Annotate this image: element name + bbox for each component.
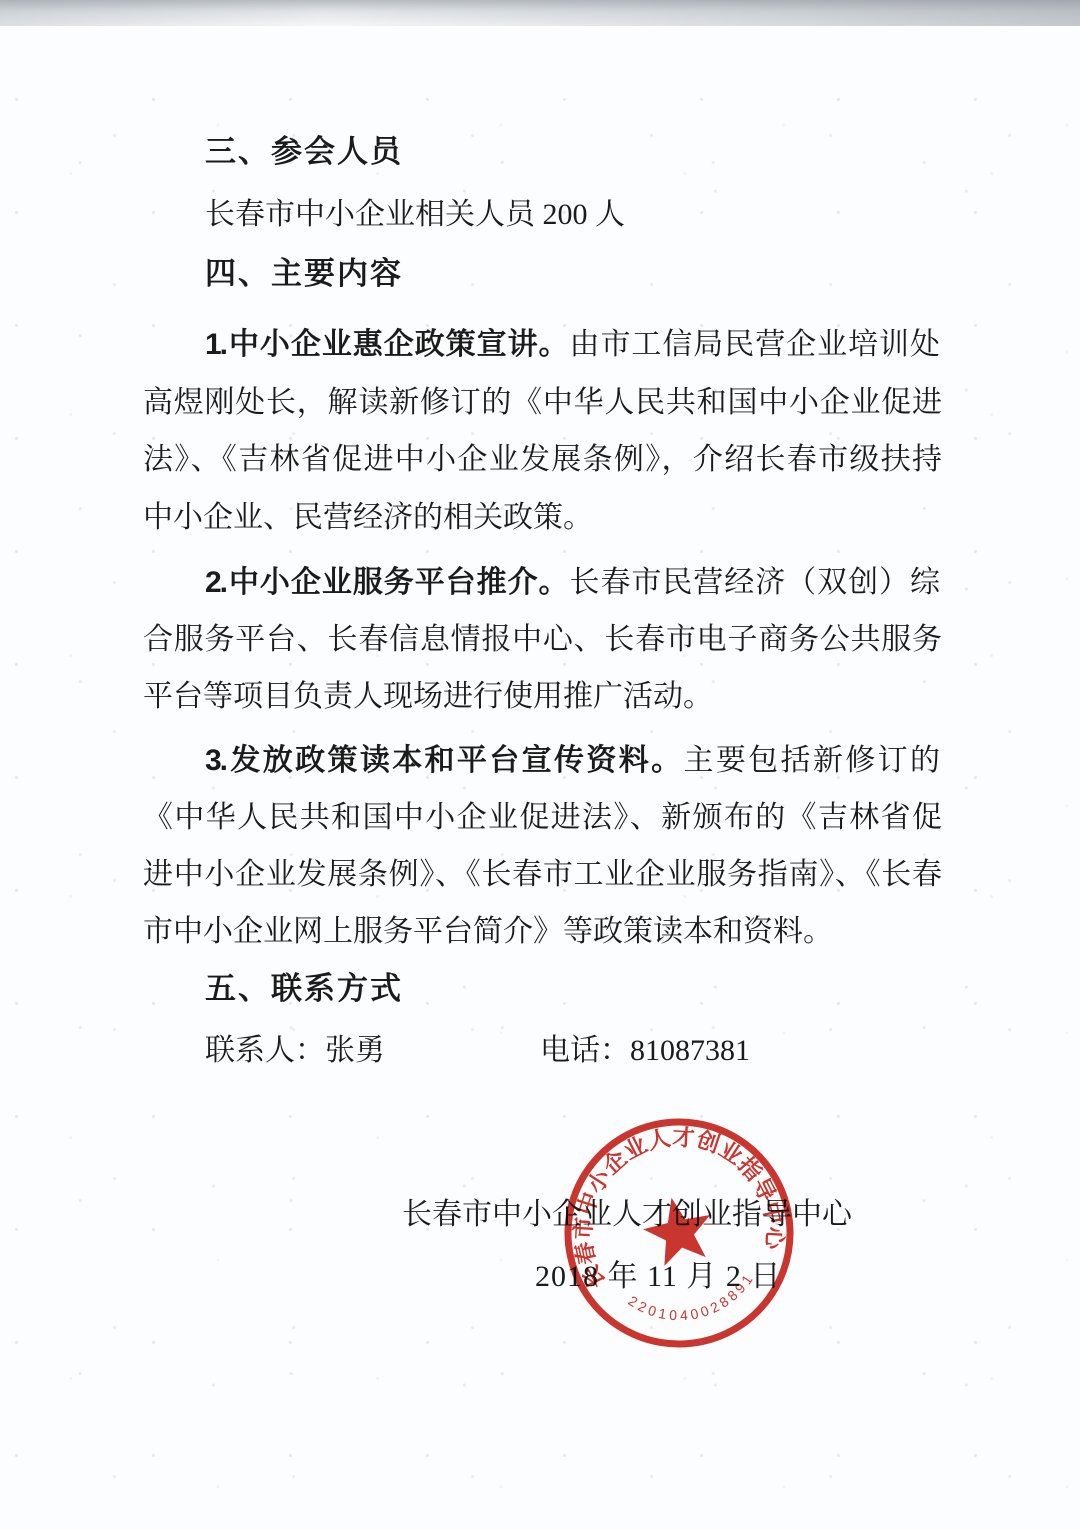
- paragraph-2-lead: 2.中小企业服务平台推介。: [205, 566, 569, 599]
- contact-phone: 电话：81087381: [540, 1033, 750, 1068]
- section-heading-participants: 三、参会人员: [205, 134, 403, 171]
- paragraph-1-line-1-rest: 由市工信局民营企业培训处: [569, 328, 938, 361]
- contact-line: 联系人：张勇电话：81087381: [205, 1033, 385, 1068]
- paragraph-3-line-1: 3.发放政策读本和平台宣传资料。主要包括新修订的: [205, 743, 938, 778]
- paragraph-1-line-3: 法》、《吉林省促进中小企业发展条例》，介绍长春市级扶持: [143, 442, 940, 477]
- document-page: 三、参会人员 长春市中小企业相关人员 200 人 四、主要内容 1.中小企业惠企…: [0, 0, 1080, 1530]
- paragraph-3-line-4: 市中小企业网上服务平台简介》等政策读本和资料。: [143, 914, 833, 949]
- paragraph-1-lead: 1.中小企业惠企政策宣讲。: [205, 328, 569, 361]
- paragraph-3-lead: 3.发放政策读本和平台宣传资料。: [205, 744, 683, 777]
- star-icon: [638, 1191, 719, 1269]
- section-heading-main-content: 四、主要内容: [205, 256, 403, 293]
- paragraph-1-line-2: 高煜刚处长，解读新修订的《中华人民共和国中小企业促进: [143, 385, 940, 420]
- paragraph-2-line-1: 2.中小企业服务平台推介。长春市民营经济（双创）综: [205, 565, 938, 600]
- paragraph-1-line-1: 1.中小企业惠企政策宣讲。由市工信局民营企业培训处: [205, 327, 938, 362]
- paragraph-2-line-1-rest: 长春市民营经济（双创）综: [569, 566, 938, 599]
- paragraph-3-line-2: 《中华人民共和国中小企业促进法》、新颁布的《吉林省促: [143, 800, 940, 835]
- paragraph-2-line-3: 平台等项目负责人现场进行使用推广活动。: [143, 679, 713, 714]
- paragraph-3-line-3: 进中小企业发展条例》、《长春市工业企业服务指南》、《长春: [143, 857, 940, 892]
- paragraph-3-line-1-rest: 主要包括新修订的: [683, 744, 938, 777]
- paragraph-2-line-2: 合服务平台、长春信息情报中心、长春市电子商务公共服务: [143, 622, 940, 657]
- scan-edge-artifact: [0, 0, 1080, 26]
- participants-line: 长春市中小企业相关人员 200 人: [205, 197, 625, 232]
- section-heading-contact: 五、联系方式: [205, 971, 403, 1008]
- official-seal-stamp: 长春市中小企业人才创业指导中心 2201040028891: [533, 1087, 825, 1379]
- paragraph-1-line-4: 中小企业、民营经济的相关政策。: [143, 500, 593, 535]
- contact-person: 联系人：张勇: [205, 1034, 385, 1067]
